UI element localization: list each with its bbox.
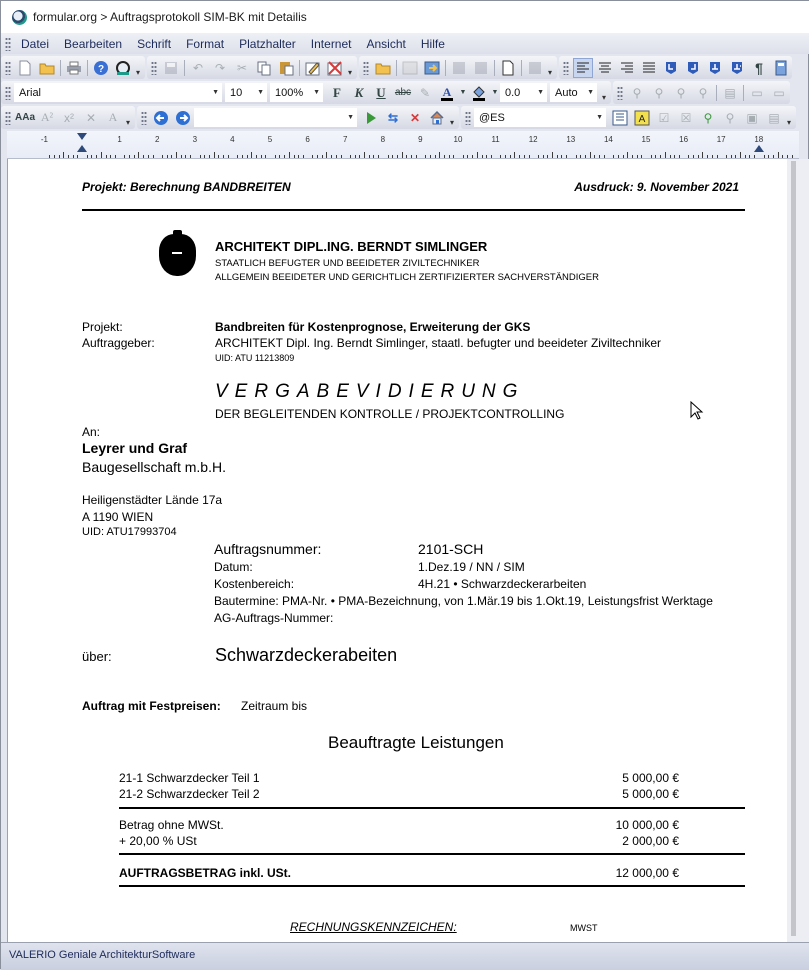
line-height-select[interactable]: Auto ▼ [550,83,597,102]
netto-value: 10 000,00 € [616,818,679,832]
app-logo-icon [12,10,27,25]
ruler-tick [54,155,55,158]
field-list-icon[interactable] [610,108,630,128]
toolbar-overflow-icon[interactable]: ▾ [785,106,793,129]
field-properties-icon[interactable]: ▤ [764,108,784,128]
ruler-tick [693,155,694,158]
ruler-tick [782,155,783,158]
stop-icon[interactable]: ✕ [405,108,425,128]
ueber-label: über: [82,649,112,664]
checkbox-field-icon[interactable]: ☑ [654,108,674,128]
separator [60,60,61,76]
coat-of-arms-logo [159,234,196,276]
status-text: VALERIO Geniale ArchitekturSoftware [9,949,195,961]
ruler-tick [670,155,671,158]
document-title: VERGABEVIDIERUNG [215,381,524,403]
ruler-tick [453,155,454,158]
find-icon[interactable]: ⚲ [627,83,647,103]
paste-icon[interactable] [276,58,296,78]
tab-left-icon[interactable] [661,58,681,78]
ruler-tick [303,155,304,158]
ruler-tick [275,155,276,158]
ruler-tick [251,152,252,158]
ruler-tick [124,155,125,158]
save-copy-icon[interactable] [471,58,491,78]
ruler-tick [91,155,92,158]
ruler-tick [331,155,332,158]
auftragsnummer-value: 2101-SCH [418,541,483,557]
ruler-tick [477,152,478,158]
paragraph-mark-icon[interactable]: ¶ [749,58,769,78]
auftraggeber-value: ARCHITEKT Dipl. Ing. Berndt Simlinger, s… [215,336,661,350]
ruler-tick [613,155,614,158]
open-folder-icon[interactable] [37,58,57,78]
item-label: 21-1 Schwarzdecker Teil 1 [119,771,260,785]
ruler-tick [77,155,78,158]
align-center-icon[interactable] [595,58,615,78]
ruler-tick [745,155,746,158]
ruler-tick [486,155,487,158]
app-window: formular.org > Auftragsprotokoll SIM-BK … [0,0,809,969]
firm-line-1: STAATLICH BEFUGTER UND BEEIDETER ZIVILTE… [215,258,479,269]
ruler-tick [547,155,548,158]
toolbar-font-group: Arial ▼ 10 ▼ 100% ▼ F K U abc ✎ A ▼ ▼ 0.… [1,81,611,104]
ruler-tick [712,155,713,158]
remove-field-icon[interactable]: ☒ [676,108,696,128]
font-name-value: Arial [19,87,41,99]
back-icon[interactable] [151,108,171,128]
ruler-label: 14 [604,135,613,144]
toolbar-overflow-icon[interactable]: ▾ [124,106,132,129]
subscript-icon[interactable]: x² [59,108,79,128]
ruler-tick [698,155,699,158]
align-justify-icon[interactable] [639,58,659,78]
recipient-label: An: [82,425,100,439]
chevron-down-icon[interactable]: ▼ [596,109,603,127]
ruler-tick [223,155,224,158]
ruler-tick [143,155,144,158]
separator [743,85,744,101]
run-icon[interactable] [361,108,381,128]
leistungen-title: Beauftragte Leistungen [328,733,504,753]
chevron-down-icon[interactable]: ▼ [537,84,544,102]
recipient-uid: UID: ATU17993704 [82,526,177,538]
ruler-tick [717,155,718,158]
separator [521,60,522,76]
align-left-icon[interactable] [573,58,593,78]
toolbar-paragraph-group: ¶ [559,56,792,79]
ruler-tick [242,155,243,158]
ruler-tick [181,155,182,158]
mouse-cursor-icon [690,401,704,421]
copy-icon[interactable] [254,58,274,78]
open-template-icon[interactable] [373,58,393,78]
ruler-tick [284,155,285,158]
ruler-tick [674,155,675,158]
separator [396,60,397,76]
grip-handle[interactable] [363,61,369,75]
ruler-tick [388,155,389,158]
first-line-indent-marker[interactable] [77,133,87,140]
ruler-tick [209,155,210,158]
separator [716,85,717,101]
ruler-tick [68,155,69,158]
ruler-tick [660,155,661,158]
zoom-select[interactable]: 100% ▼ [270,83,323,102]
ruler-tick [237,155,238,158]
ruler-label: 17 [717,135,726,144]
undo-icon[interactable]: ↶ [188,58,208,78]
ruler-tick [73,155,74,158]
ruler-tick [754,155,755,158]
menu-schrift[interactable]: Schrift [130,37,179,51]
toolbar-overflow-icon[interactable]: ▾ [600,81,608,104]
toolbar-file-group: ? ▾ [1,56,145,79]
toolbar-extra-group: ▾ [359,56,557,79]
separator [299,60,300,76]
ruler-tick [87,155,88,158]
preview-icon[interactable] [113,58,133,78]
ruler-tick [214,152,215,158]
ruler-tick [101,152,102,158]
ruler-tick [228,155,229,158]
italic-button[interactable]: K [349,83,369,103]
archive-icon[interactable] [525,58,545,78]
insert-field-icon[interactable]: ▤ [720,83,740,103]
item-label: 21-2 Schwarzdecker Teil 2 [119,787,260,801]
ruler-label: 6 [305,135,309,144]
strikethrough-button[interactable]: abc [393,83,413,103]
zoom-value: 100% [275,87,303,99]
ruler-tick [740,152,741,158]
ust-label: + 20,00 % USt [119,834,197,848]
ruler-tick [627,152,628,158]
ruler-tick [576,155,577,158]
page-icon[interactable] [498,58,518,78]
scrollbar-thumb[interactable] [791,161,796,936]
ruler-tick [289,152,290,158]
ueber-value: Schwarzdeckerabeiten [215,645,397,666]
find-field-icon[interactable]: ⚲ [698,108,718,128]
font-name-select[interactable]: Arial ▼ [14,83,222,102]
ruler-tick [702,152,703,158]
window-title: formular.org > Auftragsprotokoll SIM-BK … [33,10,307,24]
menu-hilfe[interactable]: Hilfe [414,37,453,51]
new-document-icon[interactable] [15,58,35,78]
ruler-tick [185,155,186,158]
ruler-tick [392,155,393,158]
projekt-value: Bandbreiten für Kostenprognose, Erweiter… [215,320,530,334]
ruler-tick [665,152,666,158]
ruler-tick [604,155,605,158]
separator [445,60,446,76]
find-field-next-icon[interactable]: ⚲ [720,108,740,128]
svg-text:?: ? [98,64,104,75]
ruler-tick [735,155,736,158]
toolbar-search-group: ⚲ ⚲ ⚲ ⚲ ▤ ▭ ▭ [613,81,790,104]
ruler-tick [96,155,97,158]
item-amount: 5 000,00 € [622,771,679,785]
recipient-name: Leyrer und Graf [82,440,187,456]
auftraggeber-uid: UID: ATU 11213809 [215,353,294,363]
tab-center-icon[interactable] [705,58,725,78]
datum-label: Datum: [214,560,253,574]
ruler-tick [200,155,201,158]
grip-handle[interactable] [5,111,11,125]
highlighter-icon[interactable]: ✎ [415,83,435,103]
title-bar: formular.org > Auftragsprotokoll SIM-BK … [1,1,809,33]
mwst-label: MWST [570,923,598,933]
ust-value: 2 000,00 € [622,834,679,848]
chevron-down-icon[interactable]: ▼ [313,84,320,102]
edit-table-icon[interactable] [303,58,323,78]
total-divider [119,885,745,887]
ruler-tick [167,155,168,158]
ruler-tick [162,155,163,158]
menu-format[interactable]: Format [179,37,232,51]
ruler-tick [265,155,266,158]
save-icon[interactable] [161,58,181,78]
find-previous-icon[interactable]: ⚲ [649,83,669,103]
festpreis-label: Auftrag mit Festpreisen: [82,699,221,713]
ruler-tick [726,155,727,158]
menu-platzhalter[interactable]: Platzhalter [232,37,304,51]
font-effect-icon[interactable]: A [103,108,123,128]
ruler-tick [294,155,295,158]
ruler-tick [519,155,520,158]
ruler-label: 2 [155,135,159,144]
ruler-label: -1 [41,135,48,144]
ruler-tick [529,155,530,158]
underline-button[interactable]: U [371,83,391,103]
toolbar-placeholder-group: @ES ▼ A ☑ ☒ ⚲ ⚲ ▣ ▤ ▾ [461,106,796,129]
ruler-tick [439,152,440,158]
ruler-tick [129,155,130,158]
ruler-tick [148,155,149,158]
ruler-tick [397,155,398,158]
menu-ansicht[interactable]: Ansicht [360,37,414,51]
frame-icon[interactable]: ▭ [747,83,767,103]
chevron-down-icon[interactable]: ▼ [587,84,594,102]
ruler-tick [590,152,591,158]
font-size-select[interactable]: 10 ▼ [225,83,267,102]
change-case-icon[interactable]: AAa [15,108,35,128]
toolbar-overflow-icon[interactable]: ▾ [546,56,554,79]
bautermine: Bautermine: PMA-Nr. • PMA-Bezeichnung, v… [214,594,713,608]
svg-text:A: A [639,114,646,125]
save-as-icon[interactable] [449,58,469,78]
grip-handle[interactable] [151,61,157,75]
ruler-tick [402,152,403,158]
ruler-tick [261,155,262,158]
left-indent-marker[interactable] [77,145,87,152]
item-amount: 5 000,00 € [622,787,679,801]
ruler-tick [538,155,539,158]
ruler-tick [341,155,342,158]
ruler-tick [524,155,525,158]
field-code-icon[interactable]: ▣ [742,108,762,128]
ruler-tick [566,155,567,158]
ruler-tick [514,152,515,158]
grip-handle[interactable] [141,111,147,125]
tab-right-icon[interactable] [683,58,703,78]
horizontal-ruler[interactable]: -1123456789101112131415161718 [7,131,799,159]
ruler-tick [467,155,468,158]
ruler-tick [463,155,464,158]
ruler-tick [773,155,774,158]
grip-handle[interactable] [5,86,11,100]
find-next-icon[interactable]: ⚲ [671,83,691,103]
home-icon[interactable] [427,108,447,128]
cut-icon[interactable]: ✂ [232,58,252,78]
ruler-tick [632,155,633,158]
redo-icon[interactable]: ↷ [210,58,230,78]
ruler-tick [326,152,327,158]
auftragsnummer-label: Auftragsnummer: [214,541,321,557]
ruler-tick [749,155,750,158]
document-subtitle: DER BEGLEITENDEN KONTROLLE / PROJEKTCONT… [215,407,564,421]
ruler-tick [218,155,219,158]
ruler-tick [444,155,445,158]
toolbar-overflow-icon[interactable]: ▾ [346,56,354,79]
line-height-value: Auto [555,87,578,99]
grip-handle[interactable] [5,61,11,75]
kostenbereich-value: 4H.21 • Schwarzdeckerarbeiten [418,577,586,591]
ruler-tick [764,155,765,158]
ruler-tick [59,155,60,158]
grip-handle[interactable] [465,111,471,125]
ruler-tick [176,152,177,158]
chevron-down-icon[interactable]: ▼ [347,109,354,127]
recipient-street: Heiligenstädter Lände 17a [82,493,222,507]
ruler-tick [655,155,656,158]
window-icon[interactable] [400,58,420,78]
grip-handle[interactable] [5,37,11,51]
help-icon[interactable]: ? [91,58,111,78]
ruler-tick [322,155,323,158]
ruler-tick [106,155,107,158]
replace-icon[interactable]: ⚲ [693,83,713,103]
grip-handle[interactable] [563,61,569,75]
ruler-tick [491,155,492,158]
ruler-tick [510,155,511,158]
navigation-combo[interactable]: ▼ [194,108,357,127]
ruler-tick [637,155,638,158]
right-indent-marker[interactable] [754,145,764,152]
print-icon[interactable] [64,58,84,78]
ruler-tick [449,155,450,158]
ruler-tick [552,152,553,158]
ruler-tick [472,155,473,158]
ruler-tick [585,155,586,158]
festpreis-value: Zeitraum bis [241,699,307,713]
ruler-tick [543,155,544,158]
ruler-tick [359,155,360,158]
ruler-tick [505,155,506,158]
font-color-icon[interactable]: A [437,83,457,103]
ruler-tick [688,155,689,158]
ruler-tick [378,155,379,158]
grip-handle[interactable] [617,86,623,100]
menu-internet[interactable]: Internet [304,37,360,51]
ruler-tick [247,155,248,158]
chevron-down-icon[interactable]: ▼ [257,84,264,102]
ruler-tick [599,155,600,158]
ruler-tick [500,155,501,158]
rechnung-title: RECHNUNGSKENNZEICHEN: [290,920,457,934]
ruler-tick [171,155,172,158]
comment-icon[interactable]: ▭ [769,83,789,103]
separator [184,60,185,76]
menu-datei[interactable]: Datei [14,37,57,51]
ruler-tick [190,155,191,158]
header-print-date: Ausdruck: 9. November 2021 [574,180,739,194]
ruler-label: 3 [193,135,197,144]
status-bar: VALERIO Geniale ArchitekturSoftware [1,942,809,969]
refresh-icon[interactable]: ⇆ [383,108,403,128]
ruler-label: 18 [754,135,763,144]
toolbar-nav-group: ▼ ⇆ ✕ ▾ [137,106,459,129]
clear-format-icon[interactable]: ✕ [81,108,101,128]
chevron-down-icon[interactable]: ▼ [212,84,219,102]
ruler-tick [355,155,356,158]
menu-bar: Datei Bearbeiten Schrift Format Platzhal… [1,33,809,54]
ruler-label: 11 [491,135,499,144]
toolbar-edit-group: ↶ ↷ ✂ ▾ [147,56,357,79]
ruler-tick [312,155,313,158]
ruler-tick [425,155,426,158]
placeholder-select[interactable]: @ES ▼ [474,108,606,127]
chevron-down-icon[interactable]: ▼ [459,83,467,103]
toolbar-navigation: AAa A² x² ✕ A ▾ ▼ ⇆ ✕ ▾ @ES ▼ [1,105,809,130]
forward-icon[interactable] [173,108,193,128]
align-right-icon[interactable] [617,58,637,78]
bold-button[interactable]: F [327,83,347,103]
placeholder-select-value: @ES [479,112,505,124]
ruler-tick [134,155,135,158]
ruler-label: 15 [642,135,651,144]
ruler-tick [153,155,154,158]
document-page[interactable]: Projekt: Berechnung BANDBREITEN Ausdruck… [7,159,787,942]
toolbar-overflow-icon[interactable]: ▾ [134,56,142,79]
chevron-down-icon[interactable]: ▼ [491,83,499,103]
fill-color-icon[interactable] [469,83,489,103]
ruler-tick [651,155,652,158]
toolbar-standard: ? ▾ ↶ ↷ ✂ ▾ [1,55,809,80]
insert-placeholder-icon[interactable]: A [632,108,652,128]
firm-line-2: ALLGEMEIN BEEIDETER UND GERICHTLICH ZERT… [215,272,599,283]
toolbar-overflow-icon[interactable]: ▾ [448,106,456,129]
ruler-tick [792,155,793,158]
spacing-value: 0.0 [505,87,520,99]
toolbar-case-group: AAa A² x² ✕ A ▾ [1,106,135,129]
delete-table-icon[interactable] [325,58,345,78]
ruler-tick [204,155,205,158]
total-value: 12 000,00 € [616,866,679,880]
calculator-icon[interactable] [771,58,791,78]
ruler-tick [411,155,412,158]
ruler-tick [557,155,558,158]
tab-decimal-icon[interactable] [727,58,747,78]
separator [87,60,88,76]
superscript-icon[interactable]: A² [37,108,57,128]
spacing-select[interactable]: 0.0 ▼ [500,83,547,102]
export-icon[interactable] [422,58,442,78]
total-label: AUFTRAGSBETRAG inkl. USt. [119,866,291,880]
vertical-scrollbar[interactable] [787,159,809,942]
menu-bearbeiten[interactable]: Bearbeiten [57,37,130,51]
ruler-label: 13 [566,135,575,144]
